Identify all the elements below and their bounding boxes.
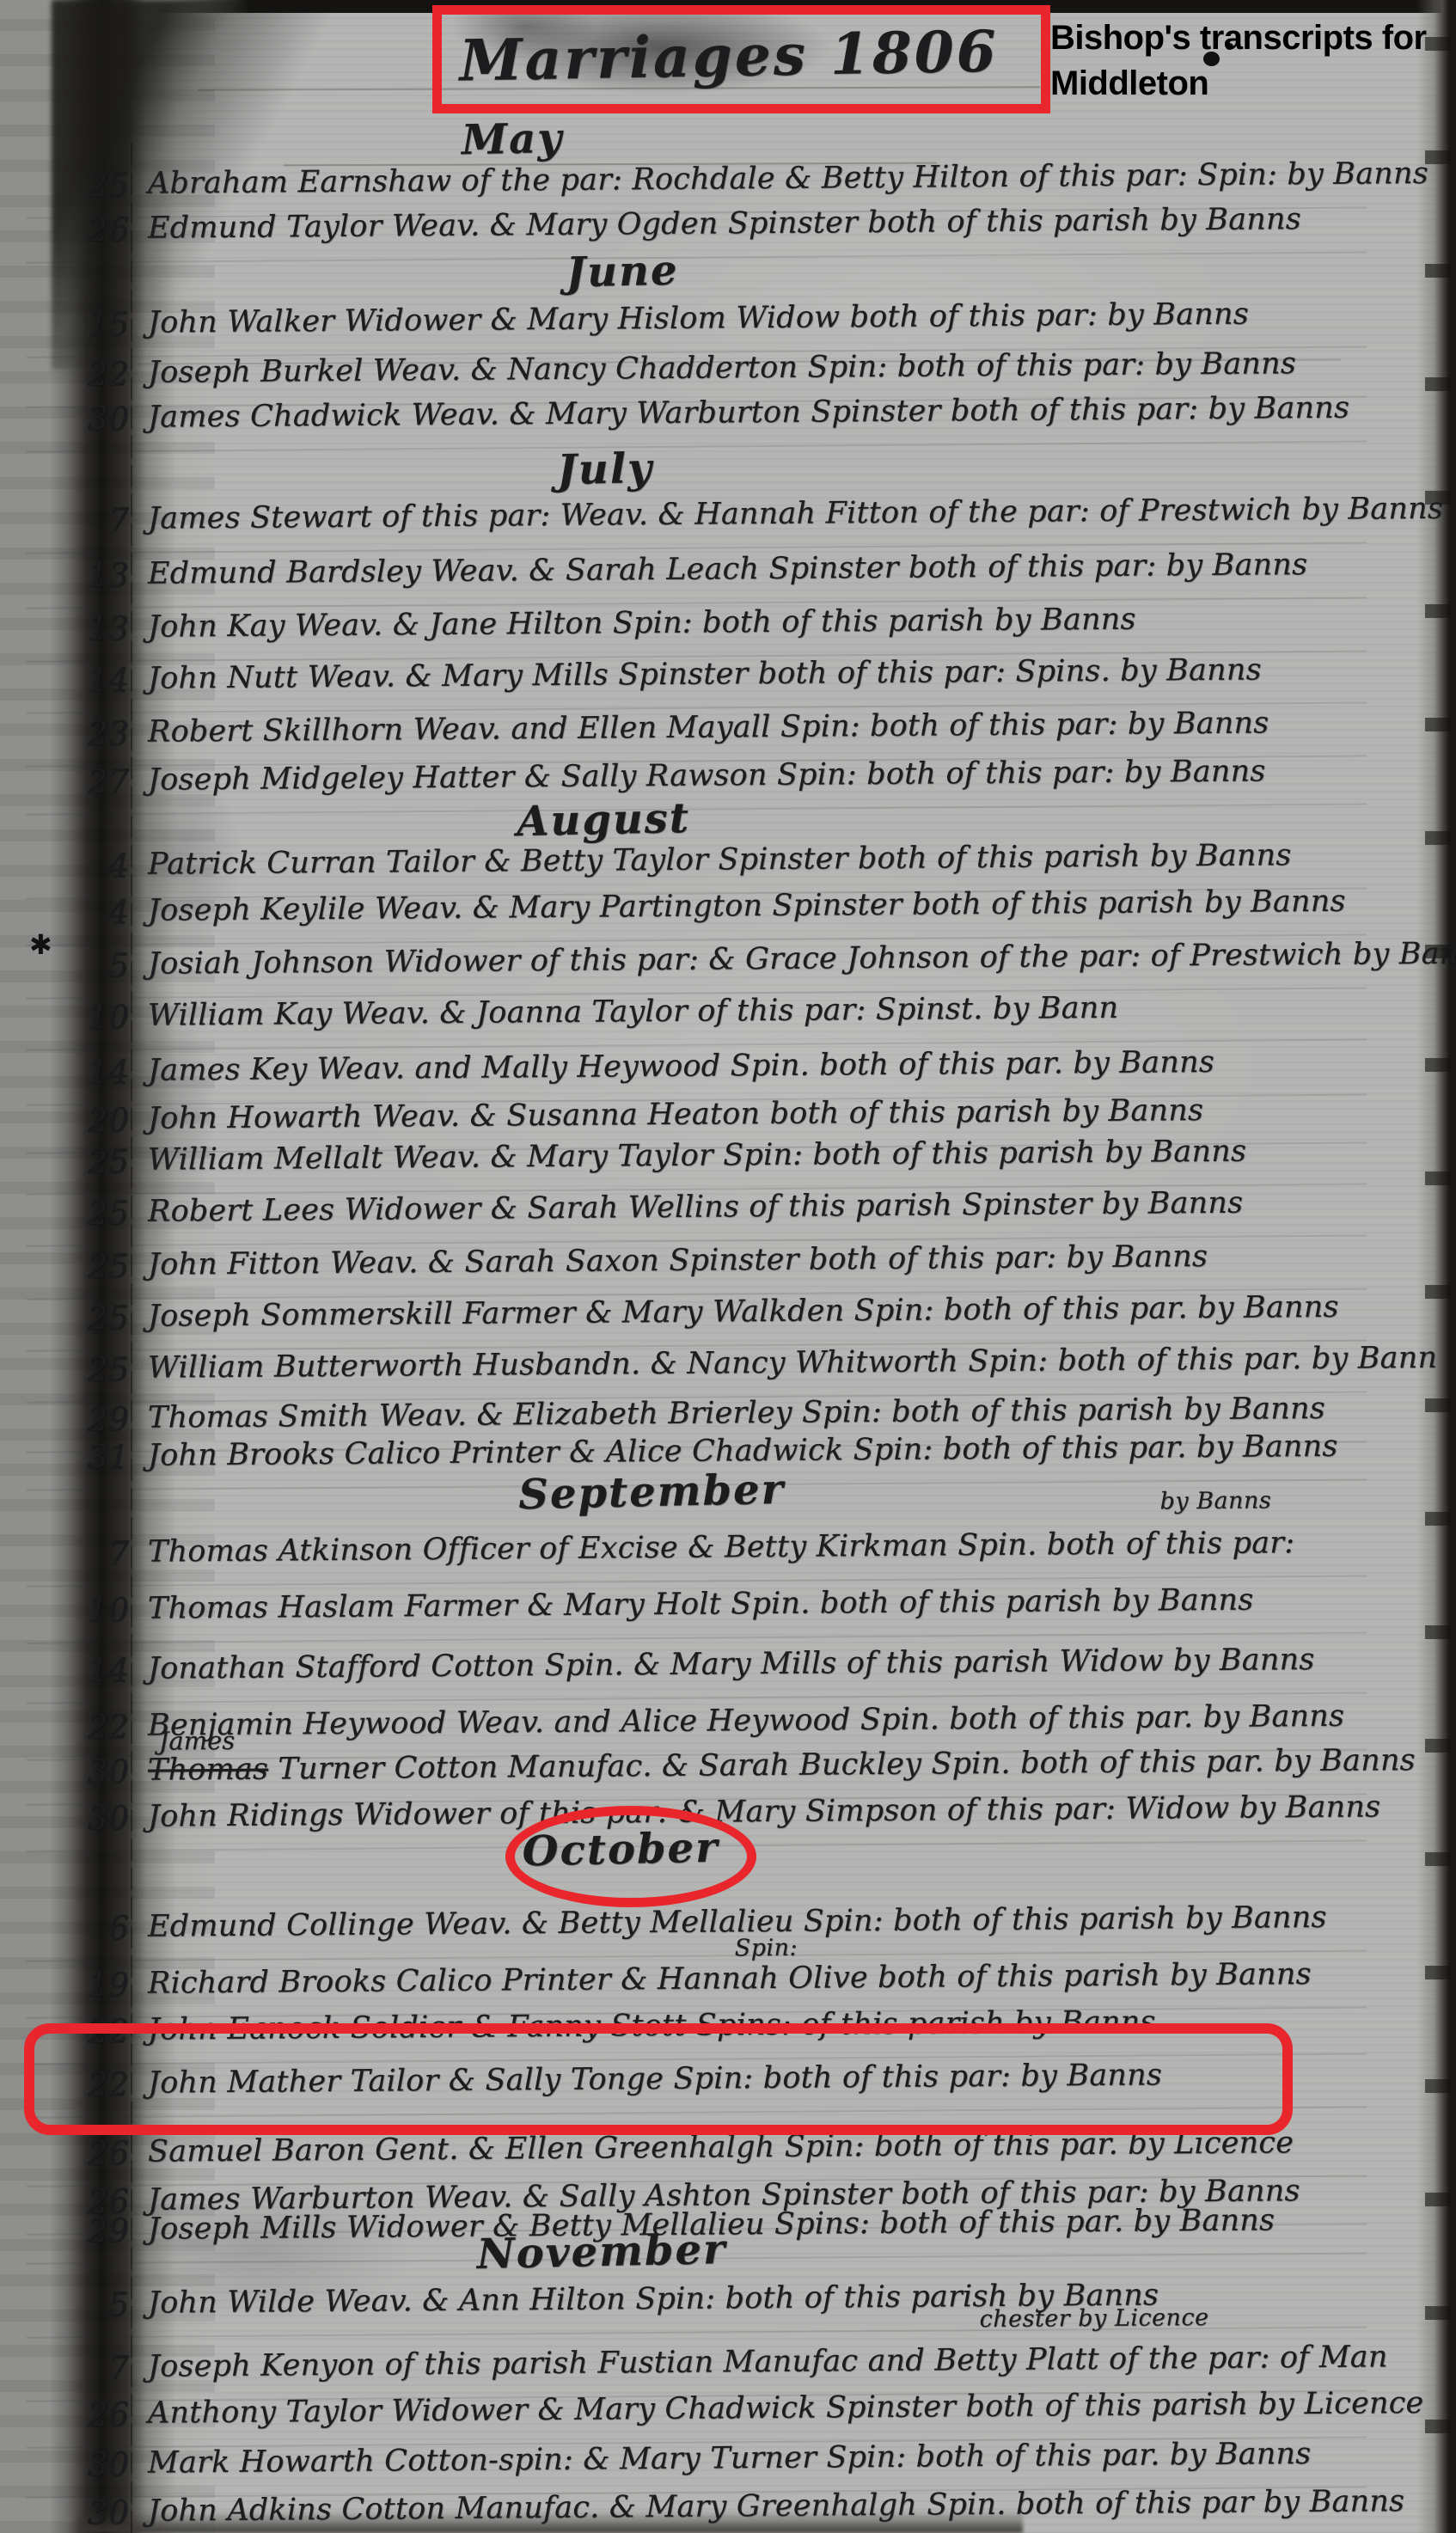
annotation-note-line1: Bishop's transcripts for <box>1050 15 1454 61</box>
entry-text-rest: Turner Cotton Manufac. & Sarah Buckley S… <box>278 1743 1416 1786</box>
entry-day: 5 <box>50 2285 129 2324</box>
interlined-word: James <box>159 1726 236 1756</box>
entry-text: Edmund Bardsley Weav. & Sarah Leach Spin… <box>148 548 1308 591</box>
entry-day: 14 <box>50 1651 129 1690</box>
scanned-register-page: Marriages 1806 May25Abraham Earnshaw of … <box>0 0 1456 2533</box>
entry-day: 22 <box>50 2065 129 2104</box>
entry-day: 25 <box>50 1194 129 1233</box>
entry-row: 30John Adkins Cotton Manufac. & Mary Gre… <box>0 2483 1427 2533</box>
entry-day: 29 <box>50 2212 129 2250</box>
page-title: Marriages 1806 <box>459 18 999 95</box>
entry-day: 4 <box>50 847 129 885</box>
entry-text: Samuel Baron Gent. & Ellen Greenhalgh Sp… <box>148 2126 1294 2169</box>
entry-day: 29 <box>50 1400 129 1439</box>
entry-text: Jonathan Stafford Cotton Spin. & Mary Mi… <box>148 1643 1315 1686</box>
entry-day: 22 <box>50 355 129 394</box>
entry-text: William Mellalt Weav. & Mary Taylor Spin… <box>148 1135 1246 1178</box>
page-top-edge <box>146 0 1456 13</box>
annotation-note-line2: Middleton <box>1050 61 1454 107</box>
month-header-october: October <box>522 1824 719 1876</box>
entry-text: Robert Lees Widower & Sarah Wellins of t… <box>148 1186 1244 1229</box>
entry-day: 30 <box>50 1799 129 1838</box>
superscript-note: by Banns <box>1159 1487 1271 1514</box>
entry-day: 5 <box>50 946 129 985</box>
entry-row: 7Thomas Atkinson Officer of Excise & Bet… <box>0 1524 1427 1580</box>
entry-text: John Howarth Weav. & Susanna Heaton both… <box>148 1093 1203 1136</box>
entry-day: 30 <box>50 1753 129 1791</box>
entry-day: 25 <box>50 1142 129 1181</box>
month-header-november: November <box>476 2225 727 2279</box>
month-header-may: May <box>461 114 563 164</box>
entry-day: 30 <box>50 400 129 438</box>
entry-row: 5John Wilde Weav. & Ann Hilton Spin: bot… <box>0 2275 1427 2331</box>
month-header-june: June <box>566 247 679 297</box>
entry-text: Edmund Taylor Weav. & Mary Ogden Spinste… <box>148 202 1301 246</box>
entry-text: Thomas Smith Weav. & Elizabeth Brierley … <box>148 1392 1325 1435</box>
entry-day: 26 <box>50 2134 129 2173</box>
entry-text: William Kay Weav. & Joanna Taylor of thi… <box>148 991 1119 1033</box>
month-header-august: August <box>517 794 691 846</box>
entry-day: 25 <box>50 1350 129 1389</box>
entry-day: 13 <box>50 609 129 648</box>
entry-row: 14Jonathan Stafford Cotton Spin. & Mary … <box>0 1641 1427 1697</box>
entry-text: Anthony Taylor Widower & Mary Chadwick S… <box>148 2386 1424 2431</box>
margin-star-mark: ✱ <box>29 928 52 961</box>
entry-day: 22 <box>50 1708 129 1747</box>
entry-day: 10 <box>50 998 129 1037</box>
annotation-note: Bishop's transcripts for Middleton <box>1050 15 1454 107</box>
entry-row: 10Thomas Haslam Farmer & Mary Holt Spin.… <box>0 1581 1427 1637</box>
entry-day: 7 <box>50 2349 129 2388</box>
superscript-note: chester by Licence <box>979 2304 1208 2333</box>
entry-row: 30Mark Howarth Cotton-spin: & Mary Turne… <box>0 2435 1427 2491</box>
entry-day: 25 <box>50 166 129 205</box>
entry-text: Joseph Kenyon of this parish Fustian Man… <box>148 2340 1388 2383</box>
entry-day: 25 <box>50 1247 129 1286</box>
entry-text: John Mather Tailor & Sally Tonge Spin: b… <box>148 2058 1162 2100</box>
entry-text: Joseph Keylile Weav. & Mary Partington S… <box>148 884 1346 928</box>
entry-text: John Adkins Cotton Manufac. & Mary Green… <box>148 2484 1405 2528</box>
entry-day: 20 <box>50 1101 129 1140</box>
entry-text: Patrick Curran Tailor & Betty Taylor Spi… <box>148 838 1292 881</box>
entry-text: John Ridings Widower of this par: & Mary… <box>148 1790 1381 1833</box>
entry-text: John Fitton Weav. & Sarah Saxon Spinster… <box>148 1239 1208 1282</box>
entry-text: Robert Skillhorn Weav. and Ellen Mayall … <box>148 706 1269 749</box>
entry-text: James Key Weav. and Mally Heywood Spin. … <box>148 1045 1214 1088</box>
entry-text: Abraham Earnshaw of the par: Rochdale & … <box>148 156 1428 201</box>
superscript-note: Spin: <box>735 1935 798 1962</box>
entry-day: 23 <box>50 714 129 753</box>
entry-row: 22John Eanock Soldier & Fanny Stott Spin… <box>0 2002 1427 2058</box>
entry-row: 27Joseph Midgeley Hatter & Sally Rawson … <box>0 752 1427 808</box>
entry-row: 7James Stewart of this par: Weav. & Hann… <box>0 491 1427 547</box>
entry-day: 14 <box>50 1053 129 1092</box>
entry-row: 13Edmund Bardsley Weav. & Sarah Leach Sp… <box>0 546 1427 602</box>
entry-row: 26Samuel Baron Gent. & Ellen Greenhalgh … <box>0 2124 1427 2180</box>
entry-text: James Stewart of this par: Weav. & Hanna… <box>148 492 1443 536</box>
entry-row: 6Edmund Collinge Weav. & Betty Mellalieu… <box>0 1899 1427 1955</box>
entry-text: Thomas Atkinson Officer of Excise & Bett… <box>148 1526 1295 1569</box>
entry-text: Richard Brooks Calico Printer & Hannah O… <box>148 1957 1312 2001</box>
entry-row: 14James Key Weav. and Mally Heywood Spin… <box>0 1043 1427 1098</box>
entry-row: 26Anthony Taylor Widower & Mary Chadwick… <box>0 2385 1427 2441</box>
entry-day: 15 <box>50 305 129 344</box>
entry-day: 7 <box>50 1534 129 1573</box>
entry-day: 26 <box>50 2395 129 2434</box>
entry-day: 30 <box>50 2493 129 2532</box>
entry-day: 25 <box>50 1299 129 1337</box>
entry-text: Mark Howarth Cotton-spin: & Mary Turner … <box>148 2437 1312 2481</box>
entry-text: John Walker Widower & Mary Hislom Widow … <box>148 297 1249 340</box>
entry-text: Thomas Haslam Farmer & Mary Holt Spin. b… <box>148 1583 1254 1626</box>
entry-day: 19 <box>50 1966 129 2004</box>
entry-row: 15John Walker Widower & Mary Hislom Wido… <box>0 295 1427 351</box>
entry-day: 30 <box>50 2445 129 2484</box>
binding-stitches <box>1425 0 1451 2533</box>
entry-text: John Eanock Soldier & Fanny Stott Spins:… <box>148 2004 1156 2047</box>
entry-day: 31 <box>50 1438 129 1477</box>
entry-text: John Kay Weav. & Jane Hilton Spin: both … <box>148 603 1136 645</box>
entry-day: 7 <box>50 501 129 540</box>
month-header-july: July <box>557 444 654 494</box>
struck-word: Thomas <box>148 1753 268 1788</box>
entry-text: John Nutt Weav. & Mary Mills Spinster bo… <box>148 652 1262 695</box>
entry-text: Benjamin Heywood Weav. and Alice Heywood… <box>148 1699 1344 1743</box>
entry-text: Joseph Midgeley Hatter & Sally Rawson Sp… <box>148 754 1266 797</box>
entry-day: 27 <box>50 762 129 801</box>
entry-day: 13 <box>50 556 129 595</box>
entry-text: James Chadwick Weav. & Mary Warburton Sp… <box>148 391 1349 435</box>
entry-text: Joseph Sommerskill Farmer & Mary Walkden… <box>148 1290 1339 1334</box>
entry-day: 6 <box>50 1909 129 1948</box>
entry-row: 4Joseph Keylile Weav. & Mary Partington … <box>0 883 1427 939</box>
entry-day: 22 <box>50 2012 129 2051</box>
entry-day: 10 <box>50 1591 129 1630</box>
entry-text: Joseph Burkel Weav. & Nancy Chadderton S… <box>148 346 1296 389</box>
entry-day: 26 <box>50 211 129 249</box>
entry-day: 4 <box>50 893 129 932</box>
month-header-september: September <box>518 1465 786 1519</box>
entry-day: 14 <box>50 661 129 700</box>
